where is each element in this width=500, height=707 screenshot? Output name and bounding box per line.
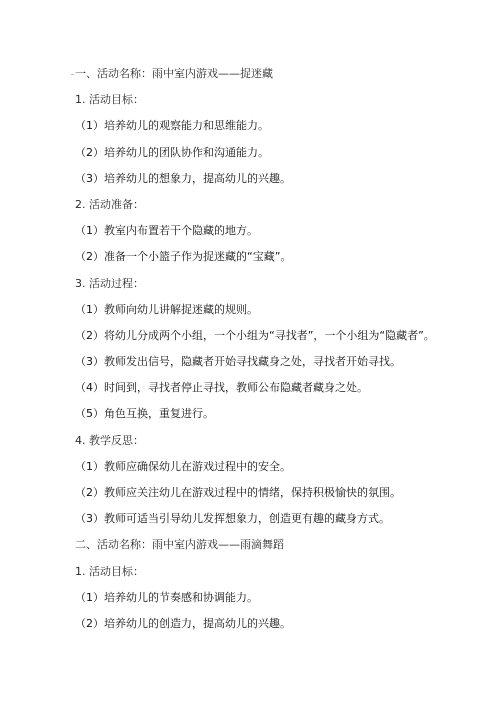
s1-goal-3: （3）培养幼儿的想象力，提高幼儿的兴趣。 — [75, 169, 475, 195]
s1-goal-2: （2）培养幼儿的团队协作和沟通能力。 — [75, 143, 475, 169]
s1-goal-1: （1）培养幼儿的观察能力和思维能力。 — [75, 116, 475, 142]
s1-process-2: （2）将幼儿分成两个小组，一个小组为“寻找者”，一个小组为“隐藏者”。 — [75, 326, 475, 352]
s1-process-5: （5）角色互换，重复进行。 — [75, 404, 475, 430]
s2-goals-heading: 1. 活动目标： — [75, 562, 475, 588]
s1-process-3: （3）教师发出信号，隐藏者开始寻找藏身之处，寻找者开始寻找。 — [75, 352, 475, 378]
s2-goal-1: （1）培养幼儿的节奏感和协调能力。 — [75, 588, 475, 614]
s1-reflection-3: （3）教师可适当引导幼儿发挥想象力，创造更有趣的藏身方式。 — [75, 509, 475, 535]
s1-process-heading: 3. 活动过程： — [75, 274, 475, 300]
margin-mark — [71, 74, 74, 75]
s1-prep-heading: 2. 活动准备： — [75, 195, 475, 221]
section-1-title-text: 一、活动名称：雨中室内游戏——捉迷藏 — [75, 67, 273, 80]
section-1-title: 一、活动名称：雨中室内游戏——捉迷藏 — [75, 64, 475, 90]
document-body: 一、活动名称：雨中室内游戏——捉迷藏 1. 活动目标： （1）培养幼儿的观察能力… — [75, 64, 475, 640]
s1-process-1: （1）教师向幼儿讲解捉迷藏的规则。 — [75, 300, 475, 326]
s1-reflection-2: （2）教师应关注幼儿在游戏过程中的情绪，保持积极愉快的氛围。 — [75, 483, 475, 509]
s1-prep-1: （1）教室内布置若干个隐藏的地方。 — [75, 221, 475, 247]
s1-prep-2: （2）准备一个小篮子作为捉迷藏的“宝藏”。 — [75, 247, 475, 273]
s1-process-4: （4）时间到，寻找者停止寻找，教师公布隐藏者藏身之处。 — [75, 378, 475, 404]
s2-goal-2: （2）培养幼儿的创造力，提高幼儿的兴趣。 — [75, 614, 475, 640]
s1-reflection-heading: 4. 教学反思： — [75, 431, 475, 457]
s1-goals-heading: 1. 活动目标： — [75, 90, 475, 116]
section-2-title: 二、活动名称：雨中室内游戏——雨滴舞蹈 — [75, 535, 475, 561]
s1-reflection-1: （1）教师应确保幼儿在游戏过程中的安全。 — [75, 457, 475, 483]
document-page: 一、活动名称：雨中室内游戏——捉迷藏 1. 活动目标： （1）培养幼儿的观察能力… — [0, 0, 500, 707]
